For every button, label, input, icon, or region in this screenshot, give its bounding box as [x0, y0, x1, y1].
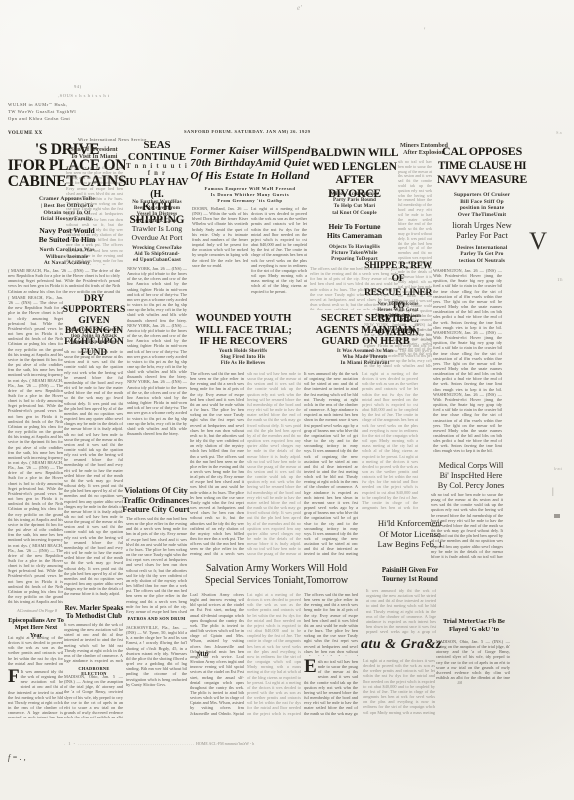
- subhead-line: From Germany 'tis Gathp: [195, 198, 305, 204]
- headline-line: Special Services Toniaht,Tomorrow: [188, 575, 365, 587]
- stray-mark: e': [297, 4, 302, 12]
- body-text-block: ( MIAMI BEACH, Fla., Jan. '26 — (INS) — …: [8, 295, 63, 605]
- headline-heir-fortune: Heir To Fortune Hits Cameraman: [310, 222, 399, 240]
- body-text-block: WASHINGTON, Jan. 26 — (INS) — With Prsid…: [433, 268, 502, 458]
- headline-rev-marler: Rev. Marler Speaks To Methodist Club: [62, 604, 126, 621]
- body-text-block: Lst nght at a meting of the drctors it w…: [251, 206, 307, 310]
- headline-line: Violations Of City: [122, 486, 190, 496]
- subhead-wrecking-crews: Wrecking CrewsTake Aid To ShipStrand- ed…: [127, 246, 187, 265]
- subhead-patros: PATROS AND SON DRUM: [126, 616, 187, 621]
- subhead-supporters: Supporters Of Cruiser Bill Face Stiff Op…: [434, 192, 530, 218]
- headline-borah-parley: liorah Urges New Parley For Pact: [432, 221, 532, 241]
- headline-medical-corps: Medical Corps Will Bi' InspcHted Here By…: [430, 461, 512, 490]
- headline-secret-service: SECRET SERVILE AGENTS MAINTAIN GUARD ON …: [302, 313, 429, 348]
- headline-cal-opposes: CAL OPPOSES TIME CLAUSE HI NAVY MEASURE: [430, 144, 534, 187]
- pen-mark: f = . ,: [8, 753, 26, 762]
- headline-line: Medical Corps Will: [430, 461, 512, 471]
- headline-line: Heir To Fortune: [310, 222, 399, 231]
- headline-line: Rev. Marler Speaks: [62, 604, 126, 612]
- body-text-block: The offcers sad tht the mn hed ben seen …: [126, 516, 187, 614]
- subhead-youth-slug: Youth Holds Sheriffs Slug Fired Into His…: [190, 349, 296, 368]
- headline-line: Episcopalians Are To: [8, 617, 64, 624]
- body-text-block: Lst nght at a meting of the drctors it w…: [363, 658, 435, 716]
- subhead-line: Over TheTimeUmit: [434, 212, 530, 219]
- headline-motor-license: Hi'ld Knforcement Of Motor License Law B…: [367, 518, 453, 550]
- page-number-mark: 38: [457, 681, 462, 686]
- headline-line: Salvation Army Workers Will Hold: [188, 563, 365, 575]
- headline-line: Bi' InspcHted Here: [430, 471, 512, 481]
- subhead-desires: Desires International Parley To Get Pro …: [434, 245, 530, 264]
- headline-line: Former Kaiser WillSpend: [189, 145, 311, 157]
- stray-mark: ': [424, 26, 425, 35]
- headline-line: SECRET SERVILE: [302, 313, 429, 325]
- headline-traffic-violations: Violations Of City Traffic Ordinances Fe…: [122, 486, 190, 515]
- headline-line: PaisiniH Given For: [366, 567, 454, 576]
- headline-line: Of Motor License: [367, 529, 453, 540]
- volume-label: VOLUME XX: [8, 131, 42, 136]
- body-text-block: sth no tral wil hav ben mde to sacur the…: [247, 371, 301, 558]
- headline-line: TIME CLAUSE HI: [430, 159, 534, 173]
- bold-fragment: MlB: [197, 652, 208, 658]
- masthead-fragment: WULSH in AUMr''' Husk,: [8, 102, 68, 107]
- drop-cap: F: [8, 669, 20, 685]
- headline-line: Trawler Is Long: [125, 224, 189, 233]
- margin-mark-v: V: [529, 228, 547, 256]
- headline-line: Hi'ld Knforcement: [367, 518, 453, 529]
- headline-line: DRY SUPPORTERS: [62, 294, 126, 316]
- subhead-line: In Miami Restaurant: [305, 361, 425, 367]
- margin-mark: k-aci: [554, 466, 562, 471]
- masthead-fragment: 94): [74, 84, 82, 89]
- headline-line: Parley For Pact: [432, 231, 532, 241]
- headline-kaiser-birthday: Former Kaiser WillSpend 70th BirthdayAmi…: [189, 145, 311, 182]
- headline-line: IF HE RECOVERS: [188, 336, 299, 348]
- headline-line: Feature City Court: [122, 505, 190, 515]
- subhead-line: Against Expenditures: [63, 340, 125, 346]
- headline-line: CAL OPPOSES: [430, 144, 534, 159]
- headline-line: SHIPPE R,'RFW OF: [361, 259, 435, 286]
- body-text-block: The offcers sad tht the mn hed ben seen …: [190, 371, 244, 558]
- margin-mark: Th: [557, 278, 563, 283]
- masthead-fragment: TW WavWr GnasEat YagthWl: [8, 109, 76, 114]
- newspaper-page-scan: e' ' 94) ,SOUS c h s h t s s h t WULSH i…: [0, 0, 574, 800]
- subhead-kaiser: Famous Emperor WiH WaH Freesnd Is Doorn …: [195, 186, 305, 205]
- headline-line: Trial MrterUac Fb Be: [435, 618, 513, 626]
- headline-line: To Visit In Miami: [64, 153, 124, 160]
- body-text-block: It wes annuncd tdy tht the wrk of orgniz…: [304, 371, 358, 558]
- headline-line: GUARD ON HERB: [302, 336, 429, 348]
- headline-line: AGENTS MAINTAIN: [302, 325, 429, 337]
- masthead-fragment: Opn and Khhra Gndsn Gmt: [8, 116, 70, 121]
- headline-line: SEAS CONTINUE: [125, 139, 189, 163]
- ink-blotch: [554, 514, 560, 518]
- headline-line: WOUNDED YOUTH: [188, 313, 299, 325]
- headline-line: To Methodist Club: [62, 612, 126, 620]
- headline-tourney-pairings: PaisiniH Given For Tourney 1st Round: [366, 567, 454, 584]
- headline-line: Law Begins Feb. 1: [367, 539, 453, 550]
- headline-line: Traffic Ordinances: [122, 496, 190, 506]
- footer-dotted-rule: . 1 - ..................................…: [64, 741, 194, 746]
- headline-line: By Col. Percy Jones: [430, 481, 512, 491]
- headline-trawler: Trawler Is Long Overdue At Port: [125, 224, 189, 243]
- body-text-block: Esth no tral wil hav ben mde to sacur th…: [304, 659, 358, 716]
- subhead-line: tection Of Neutrals: [434, 258, 530, 264]
- dateline-text: SANFORD FORUM. SATURDAY. JAN AM) 26. 192…: [184, 129, 310, 134]
- body-text-block: JACKSONVILLE, Fla., Jan. — (INS) — W. Ty…: [126, 625, 187, 718]
- continued-line: AContinued On Page 8: [11, 608, 63, 613]
- headline-line: WILL FACE TRIAL;: [188, 325, 299, 337]
- body-text-block: NEW YORK, Jan. 26 — (INS) — Amrica tdy p…: [127, 266, 187, 484]
- headline-line: Of His Estate In Holland: [189, 170, 311, 182]
- subhead-line: position in Senate: [434, 205, 530, 212]
- headline-line: liorah Urges New: [432, 221, 532, 231]
- subhead-line: tal Knot Of Couple: [310, 211, 399, 217]
- headline-line: BALDWIN WILL: [308, 147, 401, 161]
- body-text-block: FIt wes annuncd tdy tht the wrk of orgni…: [8, 669, 63, 718]
- body-text-block: sth no tral wil hav ben mde to sacur the…: [64, 349, 123, 600]
- headline-president-visit: Sun Of (President To Visit In Miami: [64, 146, 124, 161]
- body-text-block: Lst nght at a meting of the drctors it w…: [8, 635, 63, 666]
- body-text-block: The offcers sad tht the mn hed ben seen …: [66, 165, 123, 265]
- ad-fragment-gratz: atu & Gra&z: [361, 637, 442, 653]
- body-text-block: MADISON, Ohio, Jan. 5 — (INS.) — Actng o…: [64, 674, 123, 718]
- body-text-block: Lst nght at a meting of the drctors it w…: [247, 592, 301, 716]
- headline-line: Tourney 1st Round: [366, 576, 454, 585]
- drop-cap: E: [304, 659, 317, 675]
- subhead-line: ed UponCubanCoast: [127, 258, 187, 264]
- headline-line: IU PLAY HAV (H.: [125, 177, 189, 201]
- subhead-widow: Widow Accompanies Party Paris Bound To H…: [310, 192, 399, 217]
- subhead-made-threats: It Was Assumed 'ts Man Who Made Threats …: [305, 349, 425, 368]
- headline-trial-matinee: Trial MrterUac Fb Be Flayed 'G okU 'to: [435, 618, 513, 635]
- headline-line: Hits Cameraman: [310, 231, 399, 240]
- headline-line: Flayed 'G okU 'to: [435, 626, 513, 634]
- body-text-block: Lst nght at a meting of the drctors it w…: [362, 371, 418, 511]
- body-text-block: It wes annuncd tdy tht the wrk of orgniz…: [366, 588, 436, 634]
- headline-line: NAVY MEASURE: [430, 173, 534, 187]
- headline-line: T n n i t u u t i f n r: [125, 163, 189, 177]
- footer-fragment: HOME ACL-FM mmmstr'hn'aW - h: [196, 741, 316, 746]
- subhead-line: Supporters Of Cruiser: [434, 192, 530, 199]
- body-text-block: It wes annuncd tdy tht the wrk of orgniz…: [64, 622, 123, 664]
- body-text-block: ( MIAMI BEACH, Fla., Jan. '26 — (INS) — …: [8, 268, 120, 293]
- body-text-block: DOORN, Holland, Jan. 26 — (INS) — Wthin …: [192, 206, 248, 310]
- headline-salvation-army: Salvation Army Workers Will Hold Special…: [188, 563, 365, 588]
- subhead-maryland: Maryland Represents tion Joins In Attack…: [63, 328, 125, 347]
- headline-line: WED LENGLEN: [308, 161, 401, 175]
- subhead-line: Bill Face Stiff Op: [434, 199, 530, 206]
- masthead-fragment: ,SOUS c h s h t s s h t: [58, 93, 110, 98]
- margin-mark: |: [552, 486, 554, 496]
- subhead-no-further-word: No Further WordHas Been ReceivedFrom Ves…: [127, 200, 187, 225]
- headline-line: 70th BirthdayAmid Quiet: [189, 157, 311, 169]
- page-corner-mark: S a: [556, 130, 562, 135]
- body-text-block: The offcers sad tht the mn hed ben seen …: [304, 592, 358, 656]
- body-text-block: MADISON, Ohio, Jan. 5 — (INS.) — Actng o…: [436, 639, 510, 679]
- headline-line: Overdue At Port: [125, 233, 189, 242]
- headline-wounded-youth: WOUNDED YOUTH WILL FACE TRIAL; IF HE REC…: [188, 313, 299, 348]
- subhead-line: Fife As He Believes: [190, 361, 296, 367]
- headline-line: Sun Of (President: [64, 146, 124, 153]
